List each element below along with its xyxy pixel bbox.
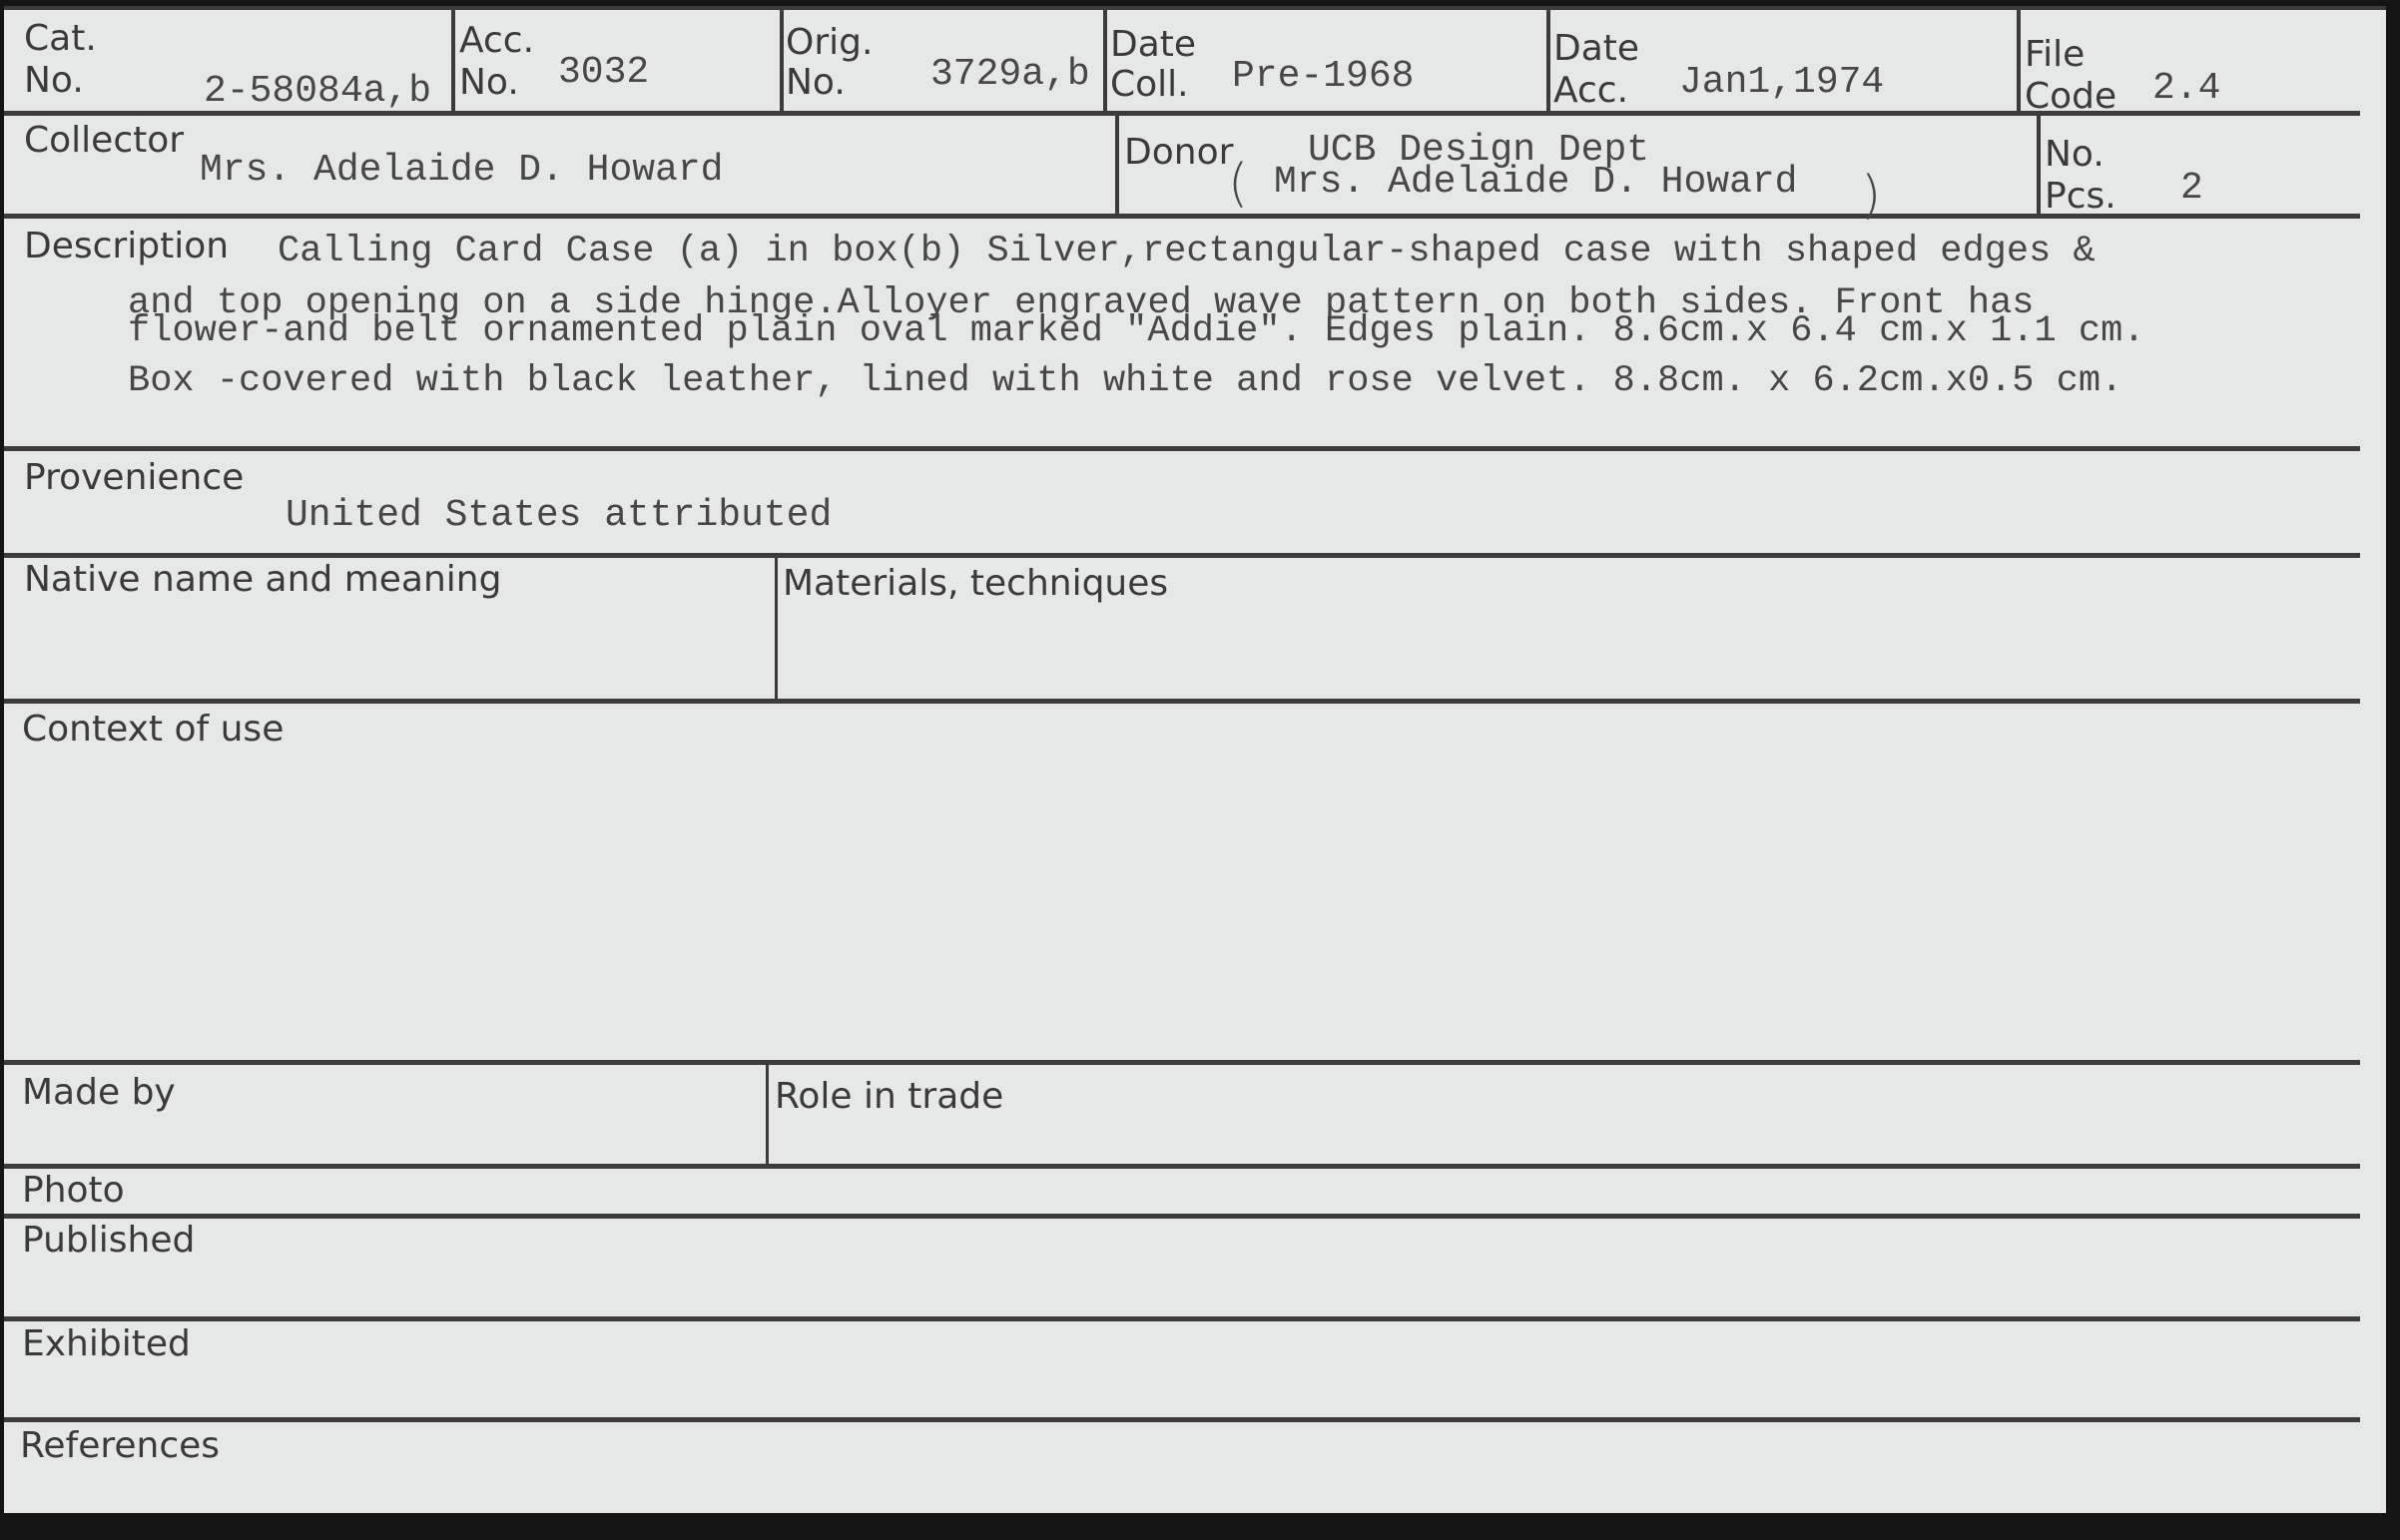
catalog-card: Cat. No. 2-58084a,b Acc. No. 3032 Orig. … — [4, 6, 2386, 1513]
no-pcs-value: 2 — [2180, 170, 2203, 208]
rule — [4, 214, 2360, 219]
donor-value-line2: Mrs. Adelaide D. Howard — [1274, 164, 1798, 202]
date-coll-label: Date — [1110, 26, 1196, 64]
rule — [4, 446, 2360, 451]
date-acc-label: Acc. — [1553, 72, 1628, 110]
orig-no-label: Orig. — [786, 24, 873, 62]
divider — [2037, 114, 2041, 216]
divider — [2017, 6, 2021, 116]
donor-label: Donor — [1124, 134, 1233, 172]
date-coll-label: Coll. — [1110, 66, 1189, 104]
date-coll-value: Pre-1968 — [1232, 58, 1414, 96]
divider — [775, 553, 778, 701]
made-by-label: Made by — [22, 1074, 176, 1112]
published-label: Published — [22, 1222, 195, 1260]
collector-value: Mrs. Adelaide D. Howard — [200, 152, 724, 190]
cat-no-label: No. — [24, 62, 84, 100]
rule — [4, 6, 2386, 10]
description-line: Box -covered with black leather, lined w… — [128, 363, 2122, 400]
acc-no-label: Acc. — [459, 22, 534, 60]
rule — [4, 1417, 2360, 1422]
rule — [4, 553, 2360, 558]
paren-close: ) — [1861, 166, 1881, 226]
description-label: Description — [24, 228, 229, 265]
context-of-use-label: Context of use — [22, 711, 284, 749]
divider — [451, 6, 455, 113]
cat-no-label: Cat. — [24, 20, 97, 58]
no-pcs-label: Pcs. — [2045, 178, 2116, 216]
rule — [4, 1164, 2360, 1169]
file-code-label: Code — [2025, 78, 2116, 116]
no-pcs-label: No. — [2045, 136, 2104, 174]
acc-no-label: No. — [459, 64, 519, 102]
rule — [4, 1060, 2360, 1065]
date-acc-value: Jan1,1974 — [1679, 64, 1884, 102]
orig-no-value: 3729a,b — [930, 56, 1090, 94]
cat-no-value: 2-58084a,b — [204, 73, 431, 111]
paren-open: ( — [1228, 154, 1248, 214]
native-name-label: Native name and meaning — [24, 561, 501, 599]
photo-label: Photo — [22, 1172, 125, 1210]
description-line: flower-and belt ornamented plain oval ma… — [128, 313, 2145, 350]
rule — [4, 1316, 2360, 1321]
rule — [4, 1214, 2360, 1219]
exhibited-label: Exhibited — [22, 1325, 191, 1363]
provenience-label: Provenience — [24, 459, 244, 497]
materials-label: Materials, techniques — [783, 565, 1168, 603]
rule — [4, 699, 2360, 704]
references-label: References — [20, 1427, 220, 1465]
description-line: Calling Card Case (a) in box(b) Silver,r… — [278, 234, 2096, 270]
orig-no-label: No. — [786, 64, 846, 102]
file-code-label: File — [2025, 36, 2085, 74]
collector-label: Collector — [24, 122, 184, 160]
divider — [1546, 6, 1550, 113]
date-acc-label: Date — [1553, 30, 1639, 68]
divider — [1115, 114, 1119, 216]
divider — [766, 1060, 769, 1166]
file-code-value: 2.4 — [2152, 70, 2220, 108]
acc-no-value: 3032 — [558, 54, 649, 92]
role-in-trade-label: Role in trade — [775, 1078, 1003, 1116]
divider — [1103, 6, 1107, 113]
provenience-value: United States attributed — [286, 497, 832, 535]
divider — [780, 6, 784, 113]
